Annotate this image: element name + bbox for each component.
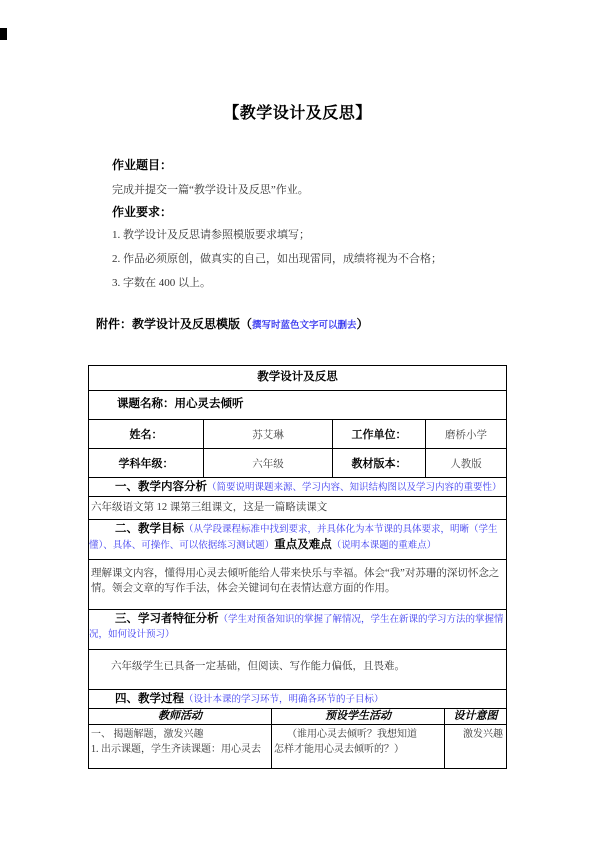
section3-title: 三、学习者特征分析 xyxy=(115,613,219,625)
req-item-3: 3. 字数在 400 以上。 xyxy=(112,274,211,290)
section2-content-row: 理解课文内容，懂得用心灵去倾听能给人带来快乐与幸福。体会“我”对苏珊的深切怀念之… xyxy=(89,559,506,609)
name-value-cell: 苏艾琳 xyxy=(203,420,332,448)
unit-value-cell: 磨桥小学 xyxy=(425,420,506,448)
section1-heading-row: 一、教学内容分析（简要说明课题来源、学习内容、知识结构图以及学习内容的重要性） xyxy=(89,477,506,496)
section2-note2: （说明本课题的重难点） xyxy=(332,541,437,551)
section1-content-row: 六年级语文第 12 课第三组课文，这是一篇略读课文 xyxy=(89,496,506,519)
process-header-student: 预设学生活动 xyxy=(271,709,444,724)
form-title-row: 教学设计及反思 xyxy=(89,366,506,390)
document-page: 【教学设计及反思】 作业题目： 完成并提交一篇“教学设计及反思”作业。 作业要求… xyxy=(0,0,595,842)
section1-heading-cell: 一、教学内容分析（简要说明课题来源、学习内容、知识结构图以及学习内容的重要性） xyxy=(89,478,506,496)
section1-heading: 一、教学内容分析（简要说明课题来源、学习内容、知识结构图以及学习内容的重要性） xyxy=(89,478,506,496)
student-activity-line1: （谁用心灵去倾听？我想知道 xyxy=(274,727,442,742)
grade-label: 学科年级： xyxy=(119,455,174,471)
student-activity-cell: （谁用心灵去倾听？我想知道 怎样才能用心灵去倾听的？） xyxy=(271,725,444,768)
assignment-topic-label: 作业题目： xyxy=(112,156,172,173)
section1-content: 六年级语文第 12 课第三组课文，这是一篇略读课文 xyxy=(91,500,504,515)
section3-content-row: 六年级学生已具备一定基础，但阅读、写作能力偏低，且畏难。 xyxy=(89,649,506,689)
attachment-suffix: ） xyxy=(357,317,369,331)
edition-label: 教材版本： xyxy=(352,455,407,471)
assignment-req-label: 作业要求： xyxy=(112,203,172,220)
scan-artifact xyxy=(0,28,7,40)
teacher-activity-line1: 一、 揭题解题，激发兴趣 xyxy=(91,727,269,742)
unit-value: 磨桥小学 xyxy=(445,427,487,442)
grade-edition-row: 学科年级： 六年级 教材版本： 人教版 xyxy=(89,448,506,477)
process-content-row: 一、 揭题解题，激发兴趣 1. 出示课题，学生齐读课题：用心灵去 （谁用心灵去倾… xyxy=(89,724,506,768)
section3-heading-row: 三、学习者特征分析（学生对预备知识的掌握了解情况，学生在新课的学习方法的掌握情况… xyxy=(89,609,506,649)
teaching-design-form: 教学设计及反思 课题名称：用心灵去倾听 姓名： 苏艾琳 工作单位： 磨桥小学 学… xyxy=(88,365,507,769)
name-unit-row: 姓名： 苏艾琳 工作单位： 磨桥小学 xyxy=(89,419,506,448)
name-label: 姓名： xyxy=(130,426,163,442)
lesson-title: 课题名称：用心灵去倾听 xyxy=(89,391,506,419)
grade-value-cell: 六年级 xyxy=(203,449,332,477)
name-label-cell: 姓名： xyxy=(89,420,203,448)
attachment-line: 附件：教学设计及反思模版（撰写时蓝色文字可以删去） xyxy=(96,315,369,332)
student-activity-line2: 怎样才能用心灵去倾听的？） xyxy=(274,742,442,757)
process-header-teacher: 教师活动 xyxy=(89,709,271,724)
edition-value-cell: 人教版 xyxy=(425,449,506,477)
form-title: 教学设计及反思 xyxy=(89,366,506,390)
section1-title: 一、教学内容分析 xyxy=(115,481,207,493)
design-intent-text: 激发兴趣 xyxy=(463,727,506,742)
section1-content-cell: 六年级语文第 12 课第三组课文，这是一篇略读课文 xyxy=(91,500,504,519)
edition-value: 人教版 xyxy=(450,456,482,471)
name-value: 苏艾琳 xyxy=(252,427,284,442)
section4-heading-row: 四、教学过程（设计本课的学习环节，明确各环节的子目标） xyxy=(89,689,506,708)
section2-content-cell: 理解课文内容，懂得用心灵去倾听能给人带来快乐与幸福。体会“我”对苏珊的深切怀念之… xyxy=(91,566,504,609)
section1-note: （简要说明课题来源、学习内容、知识结构图以及学习内容的重要性） xyxy=(207,483,502,493)
teacher-activity-line2: 1. 出示课题，学生齐读课题：用心灵去 xyxy=(91,742,269,757)
lesson-title-row: 课题名称：用心灵去倾听 xyxy=(89,390,506,419)
section4-title: 四、教学过程 xyxy=(115,693,184,705)
unit-label-cell: 工作单位： xyxy=(332,420,425,448)
section3-content-cell: 六年级学生已具备一定基础，但阅读、写作能力偏低，且畏难。 xyxy=(111,659,504,689)
section2-heading-row: 二、教学目标（从学段课程标准中找到要求，并具体化为本节课的具体要求，明晰（学生懂… xyxy=(89,519,506,559)
document-title: 【教学设计及反思】 xyxy=(0,100,595,123)
process-header-row: 教师活动 预设学生活动 设计意图 xyxy=(89,708,506,724)
section2-heading: 二、教学目标（从学段课程标准中找到要求，并具体化为本节课的具体要求，明晰（学生懂… xyxy=(89,520,506,554)
section2-content: 理解课文内容，懂得用心灵去倾听能给人带来快乐与幸福。体会“我”对苏珊的深切怀念之… xyxy=(91,566,504,596)
attachment-prefix: 附件：教学设计及反思模版（ xyxy=(96,317,252,331)
section4-note: （设计本课的学习环节，明确各环节的子目标） xyxy=(184,695,384,705)
section3-heading: 三、学习者特征分析（学生对预备知识的掌握了解情况，学生在新课的学习方法的掌握情况… xyxy=(89,610,506,643)
req-item-2: 2. 作品必须原创，做真实的自己，如出现雷同，成绩将视为不合格； xyxy=(112,250,442,266)
section2-title: 二、教学目标 xyxy=(115,523,184,535)
edition-label-cell: 教材版本： xyxy=(332,449,425,477)
process-header-intent: 设计意图 xyxy=(444,709,506,724)
unit-label: 工作单位： xyxy=(352,426,407,442)
grade-value: 六年级 xyxy=(252,456,284,471)
req-item-1: 1. 教学设计及反思请参照模版要求填写； xyxy=(112,226,310,242)
design-intent-cell: 激发兴趣 xyxy=(444,725,506,768)
attachment-note: 撰写时蓝色文字可以删去 xyxy=(252,321,357,331)
assignment-topic-text: 完成并提交一篇“教学设计及反思”作业。 xyxy=(112,181,309,197)
section3-heading-cell: 三、学习者特征分析（学生对预备知识的掌握了解情况，学生在新课的学习方法的掌握情况… xyxy=(89,610,506,649)
teacher-activity-cell: 一、 揭题解题，激发兴趣 1. 出示课题，学生齐读课题：用心灵去 xyxy=(89,725,271,768)
section2-title2: 重点及难点 xyxy=(274,539,332,551)
section4-heading-cell: 四、教学过程（设计本课的学习环节，明确各环节的子目标） xyxy=(89,690,506,708)
grade-label-cell: 学科年级： xyxy=(89,449,203,477)
section2-heading-cell: 二、教学目标（从学段课程标准中找到要求，并具体化为本节课的具体要求，明晰（学生懂… xyxy=(89,520,506,559)
section4-heading: 四、教学过程（设计本课的学习环节，明确各环节的子目标） xyxy=(89,690,506,708)
section3-content: 六年级学生已具备一定基础，但阅读、写作能力偏低，且畏难。 xyxy=(111,659,504,674)
